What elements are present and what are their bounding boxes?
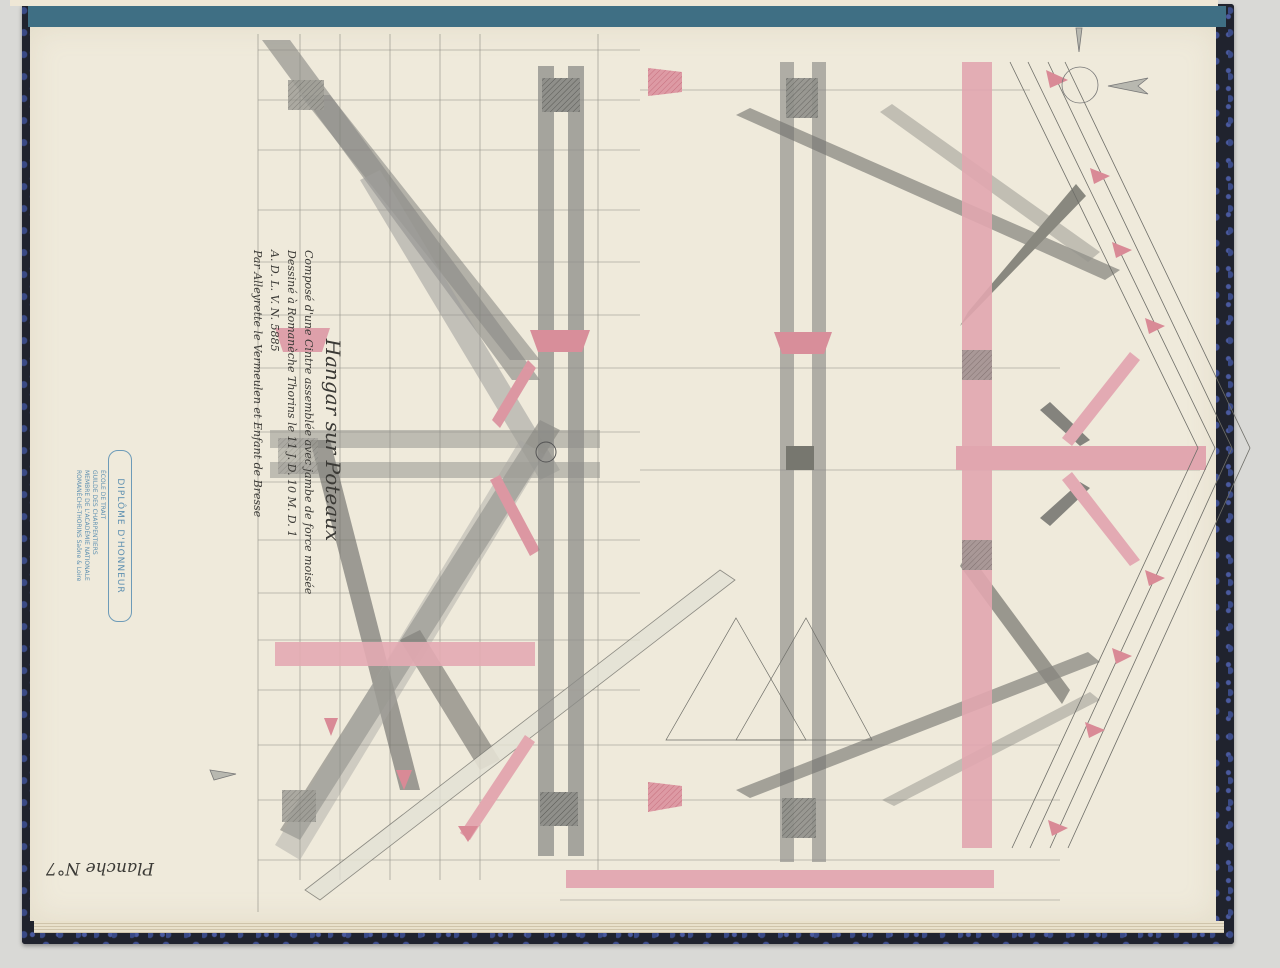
stamp-ribbon: DIPLÔME D'HONNEUR xyxy=(108,450,132,622)
stamp-line: ÉCOLE DE TRAIT xyxy=(98,470,106,640)
center-post xyxy=(666,62,872,862)
subtitle-line-3: A. D. L. V. N. 5885 xyxy=(266,250,283,630)
plate-number: Planche N°7 xyxy=(44,858,154,878)
subtitle-line-1: Composé d'une Cintre assemblée avec jamb… xyxy=(300,250,317,630)
subtitle-line-2: Dessiné à Romanèche Thorins le 11 J. D. … xyxy=(283,250,300,630)
stamp-line: MEMBRE DE L'ACADÉMIE NATIONALE xyxy=(82,470,90,640)
subtitle-line-4: Par Alleyrette le Vermeulen et Enfant de… xyxy=(249,250,266,630)
drawing-title: Hangar sur Poteaux xyxy=(321,250,345,630)
title-block: Hangar sur Poteaux Composé d'une Cintre … xyxy=(225,250,345,630)
stamp-lines: ÉCOLE DE TRAIT GUILDE DES CHARPENTIERS M… xyxy=(74,470,106,640)
diploma-stamp: DIPLÔME D'HONNEUR ÉCOLE DE TRAIT GUILDE … xyxy=(66,450,160,620)
stamp-line: GUILDE DES CHARPENTIERS xyxy=(90,470,98,640)
carpentry-drawing xyxy=(0,0,1280,968)
main-post-left xyxy=(530,66,590,856)
stamp-line: ROMANÈCHE-THORINS Saône & Loire xyxy=(74,470,82,640)
